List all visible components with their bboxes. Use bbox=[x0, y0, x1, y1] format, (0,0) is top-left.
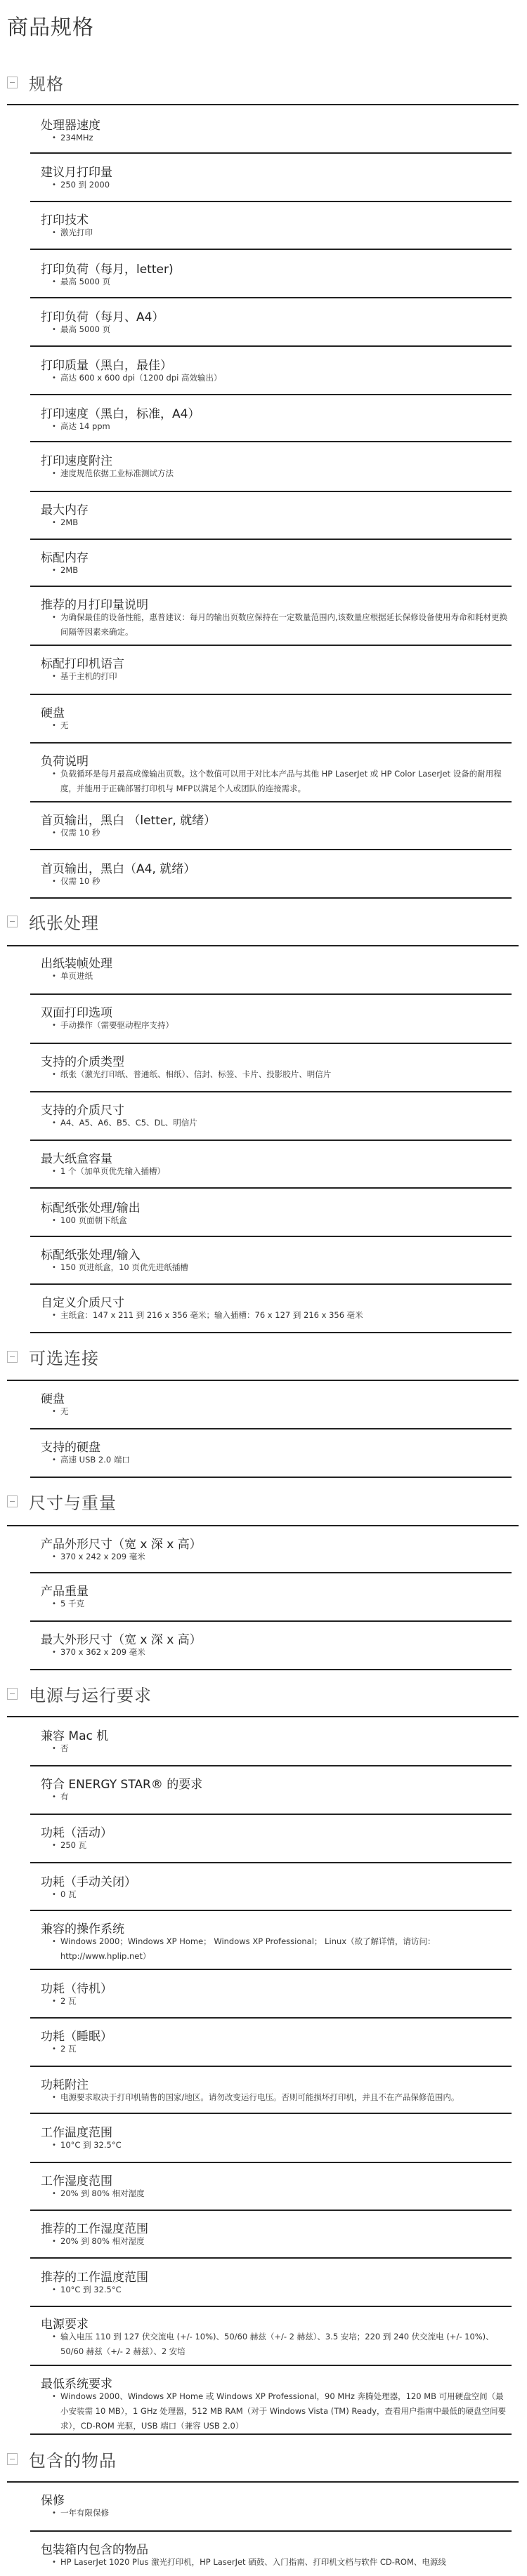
spec-value-text: Windows 2000；Windows XP Home； Windows XP… bbox=[60, 1936, 436, 1961]
spec-value: •2MB bbox=[60, 563, 510, 578]
spec-value: •A4、A5、A6、B5、C5、DL、明信片 bbox=[60, 1116, 510, 1130]
item-divider bbox=[30, 2433, 512, 2435]
collapse-minus-icon[interactable] bbox=[7, 1495, 18, 1507]
spec-value: •手动操作（需要驱动程序支持） bbox=[60, 1018, 510, 1033]
spec-value: •1 个（加单页优先输入插槽） bbox=[60, 1164, 510, 1179]
spec-value: •速度规范依据工业标准测试方法 bbox=[60, 466, 510, 481]
item-divider bbox=[30, 345, 512, 347]
item-divider bbox=[30, 1669, 512, 1670]
spec-value-text: A4、A5、A6、B5、C5、DL、明信片 bbox=[60, 1118, 197, 1128]
section-divider bbox=[7, 945, 519, 946]
spec-value-text: 370 x 242 x 209 毫米 bbox=[60, 1552, 145, 1561]
section-header[interactable]: 可选连接 bbox=[7, 1342, 99, 1370]
spec-value-text: 无 bbox=[60, 1406, 69, 1416]
spec-value-text: 电源要求取决于打印机销售的国家/地区。请勿改变运行电压。否则可能损坏打印机，并且… bbox=[60, 2092, 459, 2102]
section-divider bbox=[7, 104, 519, 105]
bullet-icon: • bbox=[52, 1790, 56, 1804]
bullet-icon: • bbox=[52, 969, 56, 984]
spec-value: •2MB bbox=[60, 515, 510, 530]
collapse-minus-icon[interactable] bbox=[7, 1688, 18, 1700]
bullet-icon: • bbox=[52, 371, 56, 385]
bullet-icon: • bbox=[52, 419, 56, 434]
bullet-icon: • bbox=[52, 1645, 56, 1660]
item-divider bbox=[30, 2257, 512, 2259]
bullet-icon: • bbox=[52, 275, 56, 289]
bullet-icon: • bbox=[52, 874, 56, 889]
spec-value-text: 仅需 10 秒 bbox=[60, 876, 100, 886]
bullet-icon: • bbox=[52, 2090, 56, 2105]
spec-value: •10°C 到 32.5°C bbox=[60, 2283, 510, 2297]
spec-value: •为确保最佳的设备性能，惠普建议：每月的输出页数应保持在一定数量范围内,该数量应… bbox=[60, 610, 510, 640]
spec-value-text: 纸张（激光打印纸、普通纸、相纸）、信封、标签、卡片、投影胶片、明信片 bbox=[60, 1069, 331, 1079]
item-divider bbox=[30, 1283, 512, 1285]
bullet-icon: • bbox=[52, 178, 56, 192]
bullet-icon: • bbox=[52, 1213, 56, 1228]
bullet-icon: • bbox=[52, 1453, 56, 1467]
item-divider bbox=[30, 394, 512, 395]
bullet-icon: • bbox=[52, 1994, 56, 2009]
bullet-icon: • bbox=[52, 2506, 56, 2521]
spec-value: •输入电压 110 到 127 伏交流电 (+/- 10%)、50/60 赫兹（… bbox=[60, 2330, 510, 2359]
item-divider bbox=[30, 441, 512, 442]
section-title: 包含的物品 bbox=[29, 2447, 117, 2471]
bullet-icon: • bbox=[52, 1741, 56, 1756]
bullet-icon: • bbox=[52, 767, 56, 781]
item-divider bbox=[30, 645, 512, 646]
spec-value: •仅需 10 秒 bbox=[60, 826, 510, 840]
item-divider bbox=[30, 801, 512, 802]
section-title: 尺寸与重量 bbox=[29, 1489, 117, 1514]
section-header[interactable]: 尺寸与重量 bbox=[7, 1487, 117, 1515]
item-divider bbox=[30, 993, 512, 995]
spec-value-text: 2MB bbox=[60, 517, 78, 527]
section-title: 电源与运行要求 bbox=[29, 1682, 152, 1706]
bullet-icon: • bbox=[52, 1597, 56, 1611]
spec-value: •最高 5000 页 bbox=[60, 322, 510, 337]
bullet-icon: • bbox=[52, 2138, 56, 2153]
item-divider bbox=[30, 249, 512, 250]
spec-value: •负载循环是每月最高成像输出页数。这个数值可以用于对比本产品与其他 HP Las… bbox=[60, 767, 510, 796]
bullet-icon: • bbox=[52, 1887, 56, 1902]
spec-value: •250 到 2000 bbox=[60, 178, 510, 192]
bullet-icon: • bbox=[52, 1018, 56, 1033]
bullet-icon: • bbox=[52, 2283, 56, 2297]
section-header[interactable]: 电源与运行要求 bbox=[7, 1679, 152, 1708]
spec-value-text: Windows 2000、Windows XP Home 或 Windows X… bbox=[60, 2391, 506, 2431]
spec-value-text: 手动操作（需要驱动程序支持） bbox=[60, 1020, 174, 1030]
bullet-icon: • bbox=[52, 1164, 56, 1179]
spec-value-text: 无 bbox=[60, 720, 69, 730]
item-divider bbox=[30, 1862, 512, 1863]
spec-value: •370 x 362 x 209 毫米 bbox=[60, 1645, 510, 1660]
spec-value: •主纸盒：147 x 211 到 216 x 356 毫米；输入插槽：76 x … bbox=[60, 1308, 510, 1323]
spec-value-text: 10°C 到 32.5°C bbox=[60, 2140, 122, 2150]
spec-value-text: 一年有限保修 bbox=[60, 2508, 109, 2518]
spec-value: •有 bbox=[60, 1790, 510, 1804]
bullet-icon: • bbox=[52, 2234, 56, 2249]
spec-value-text: 1 个（加单页优先输入插槽） bbox=[60, 1166, 165, 1176]
spec-value-text: 为确保最佳的设备性能，惠普建议：每月的输出页数应保持在一定数量范围内,该数量应根… bbox=[60, 612, 507, 637]
collapse-minus-icon[interactable] bbox=[7, 1351, 18, 1363]
spec-value: •100 页面朝下纸盒 bbox=[60, 1213, 510, 1228]
item-divider bbox=[30, 1140, 512, 1141]
item-divider bbox=[30, 1187, 512, 1189]
item-divider bbox=[30, 586, 512, 587]
item-divider bbox=[30, 1477, 512, 1478]
item-divider bbox=[30, 1814, 512, 1815]
item-divider bbox=[30, 2365, 512, 2366]
bullet-icon: • bbox=[52, 1838, 56, 1853]
spec-value-text: 234MHz bbox=[60, 133, 93, 143]
spec-value: •无 bbox=[60, 1404, 510, 1419]
spec-value-text: 高达 600 x 600 dpi（1200 dpi 高效输出） bbox=[60, 373, 222, 383]
section-divider bbox=[7, 1525, 519, 1526]
section-header[interactable]: 规格 bbox=[7, 68, 64, 96]
collapse-minus-icon[interactable] bbox=[7, 2453, 18, 2465]
section-divider bbox=[7, 2481, 519, 2483]
spec-value: •最高 5000 页 bbox=[60, 275, 510, 289]
bullet-icon: • bbox=[52, 1404, 56, 1419]
spec-value-text: 5 千克 bbox=[60, 1599, 84, 1609]
bullet-icon: • bbox=[52, 2042, 56, 2056]
spec-value-text: 最高 5000 页 bbox=[60, 277, 110, 286]
spec-value-text: 370 x 362 x 209 毫米 bbox=[60, 1647, 145, 1657]
spec-value: •20% 到 80% 相对湿度 bbox=[60, 2186, 510, 2201]
bullet-icon: • bbox=[52, 225, 56, 240]
spec-value: •纸张（激光打印纸、普通纸、相纸）、信封、标签、卡片、投影胶片、明信片 bbox=[60, 1067, 510, 1082]
spec-value-text: 输入电压 110 到 127 伏交流电 (+/- 10%)、50/60 赫兹（+… bbox=[60, 2332, 494, 2356]
spec-value: •2 瓦 bbox=[60, 1994, 510, 2009]
spec-value: •234MHz bbox=[60, 131, 510, 145]
spec-value-text: 2 瓦 bbox=[60, 1996, 76, 2006]
bullet-icon: • bbox=[52, 515, 56, 530]
spec-value-text: 0 瓦 bbox=[60, 1889, 76, 1899]
spec-value-text: 250 瓦 bbox=[60, 1840, 86, 1850]
item-divider bbox=[30, 2162, 512, 2163]
spec-value: •激光打印 bbox=[60, 225, 510, 240]
item-divider bbox=[30, 201, 512, 202]
item-divider bbox=[30, 2113, 512, 2114]
item-divider bbox=[30, 849, 512, 850]
item-divider bbox=[30, 1969, 512, 1970]
spec-value: •高达 14 ppm bbox=[60, 419, 510, 434]
collapse-minus-icon[interactable] bbox=[7, 77, 18, 88]
item-divider bbox=[30, 897, 512, 899]
bullet-icon: • bbox=[52, 826, 56, 840]
spec-value-text: 基于主机的打印 bbox=[60, 671, 117, 681]
spec-value: •高速 USB 2.0 端口 bbox=[60, 1453, 510, 1467]
item-divider bbox=[30, 1428, 512, 1429]
item-divider bbox=[30, 297, 512, 298]
item-divider bbox=[30, 742, 512, 744]
section-title: 可选连接 bbox=[29, 1345, 99, 1369]
item-divider bbox=[30, 491, 512, 492]
bullet-icon: • bbox=[52, 131, 56, 145]
spec-value: •单页进纸 bbox=[60, 969, 510, 984]
spec-value-text: 2 瓦 bbox=[60, 2044, 76, 2054]
item-divider bbox=[30, 2210, 512, 2211]
spec-value-text: 250 到 2000 bbox=[60, 180, 110, 190]
bullet-icon: • bbox=[52, 718, 56, 733]
collapse-minus-icon[interactable] bbox=[7, 916, 18, 927]
bullet-icon: • bbox=[52, 1067, 56, 1082]
spec-value-text: 100 页面朝下纸盒 bbox=[60, 1215, 127, 1225]
spec-value: •150 页进纸盒，10 页优先进纸插槽 bbox=[60, 1260, 510, 1275]
spec-value-text: HP LaserJet 1020 Plus 激光打印机，HP LaserJet … bbox=[60, 2557, 446, 2567]
bullet-icon: • bbox=[52, 466, 56, 481]
section-header[interactable]: 纸张处理 bbox=[7, 907, 99, 935]
item-divider bbox=[30, 1236, 512, 1237]
bullet-icon: • bbox=[52, 610, 56, 625]
section-header[interactable]: 包含的物品 bbox=[7, 2445, 117, 2473]
spec-value: •高达 600 x 600 dpi（1200 dpi 高效输出） bbox=[60, 371, 510, 385]
bullet-icon: • bbox=[52, 669, 56, 684]
spec-value: •Windows 2000、Windows XP Home 或 Windows … bbox=[60, 2389, 510, 2433]
bullet-icon: • bbox=[52, 322, 56, 337]
spec-value: •0 瓦 bbox=[60, 1887, 510, 1902]
spec-value: •10°C 到 32.5°C bbox=[60, 2138, 510, 2153]
bullet-icon: • bbox=[52, 1308, 56, 1323]
spec-value-text: 主纸盒：147 x 211 到 216 x 356 毫米；输入插槽：76 x 1… bbox=[60, 1310, 363, 1320]
spec-value-text: 单页进纸 bbox=[60, 971, 93, 981]
bullet-icon: • bbox=[52, 2555, 56, 2570]
item-divider bbox=[30, 2530, 512, 2532]
item-divider bbox=[30, 1572, 512, 1573]
section-divider bbox=[7, 1716, 519, 1717]
spec-value: •5 千克 bbox=[60, 1597, 510, 1611]
spec-value-text: 否 bbox=[60, 1743, 69, 1753]
page-title: 商品规格 bbox=[7, 10, 94, 41]
section-divider bbox=[7, 1380, 519, 1381]
spec-value: •仅需 10 秒 bbox=[60, 874, 510, 889]
bullet-icon: • bbox=[52, 2330, 56, 2344]
spec-value-text: 高速 USB 2.0 端口 bbox=[60, 1455, 130, 1465]
spec-value-text: 速度规范依据工业标准测试方法 bbox=[60, 468, 174, 478]
item-divider bbox=[30, 1043, 512, 1044]
spec-value-text: 最高 5000 页 bbox=[60, 324, 110, 334]
spec-value-text: 10°C 到 32.5°C bbox=[60, 2285, 122, 2294]
spec-value-text: 负载循环是每月最高成像输出页数。这个数值可以用于对比本产品与其他 HP Lase… bbox=[60, 769, 502, 793]
spec-value: •电源要求取决于打印机销售的国家/地区。请勿改变运行电压。否则可能损坏打印机，并… bbox=[60, 2090, 510, 2105]
spec-value: •Windows 2000；Windows XP Home； Windows X… bbox=[60, 1934, 510, 1964]
item-divider bbox=[30, 1910, 512, 1911]
spec-value: •20% 到 80% 相对湿度 bbox=[60, 2234, 510, 2249]
spec-value-text: 20% 到 80% 相对湿度 bbox=[60, 2236, 145, 2246]
item-divider bbox=[30, 1765, 512, 1766]
item-divider bbox=[30, 1620, 512, 1622]
spec-value-text: 有 bbox=[60, 1792, 69, 1802]
spec-value-text: 高达 14 ppm bbox=[60, 421, 110, 431]
bullet-icon: • bbox=[52, 563, 56, 578]
bullet-icon: • bbox=[52, 1934, 56, 1949]
item-divider bbox=[30, 1332, 512, 1333]
item-divider bbox=[30, 539, 512, 540]
item-divider bbox=[30, 152, 512, 154]
bullet-icon: • bbox=[52, 2389, 56, 2404]
spec-value: •370 x 242 x 209 毫米 bbox=[60, 1550, 510, 1564]
section-title: 规格 bbox=[29, 70, 64, 95]
spec-value: •无 bbox=[60, 718, 510, 733]
spec-value: •250 瓦 bbox=[60, 1838, 510, 1853]
spec-value: •2 瓦 bbox=[60, 2042, 510, 2056]
item-divider bbox=[30, 2066, 512, 2067]
bullet-icon: • bbox=[52, 1260, 56, 1275]
spec-value-text: 20% 到 80% 相对湿度 bbox=[60, 2188, 145, 2198]
item-divider bbox=[30, 694, 512, 695]
bullet-icon: • bbox=[52, 1116, 56, 1130]
bullet-icon: • bbox=[52, 2186, 56, 2201]
item-divider bbox=[30, 1091, 512, 1092]
section-title: 纸张处理 bbox=[29, 909, 99, 934]
item-divider bbox=[30, 2017, 512, 2019]
bullet-icon: • bbox=[52, 1550, 56, 1564]
spec-value: •基于主机的打印 bbox=[60, 669, 510, 684]
spec-value: •一年有限保修 bbox=[60, 2506, 510, 2521]
spec-value: •否 bbox=[60, 1741, 510, 1756]
spec-value-text: 激光打印 bbox=[60, 227, 93, 237]
spec-value-text: 150 页进纸盒，10 页优先进纸插槽 bbox=[60, 1262, 188, 1272]
spec-value-text: 2MB bbox=[60, 565, 78, 575]
spec-value: •HP LaserJet 1020 Plus 激光打印机，HP LaserJet… bbox=[60, 2555, 510, 2570]
item-divider bbox=[30, 2306, 512, 2307]
spec-value-text: 仅需 10 秒 bbox=[60, 828, 100, 838]
